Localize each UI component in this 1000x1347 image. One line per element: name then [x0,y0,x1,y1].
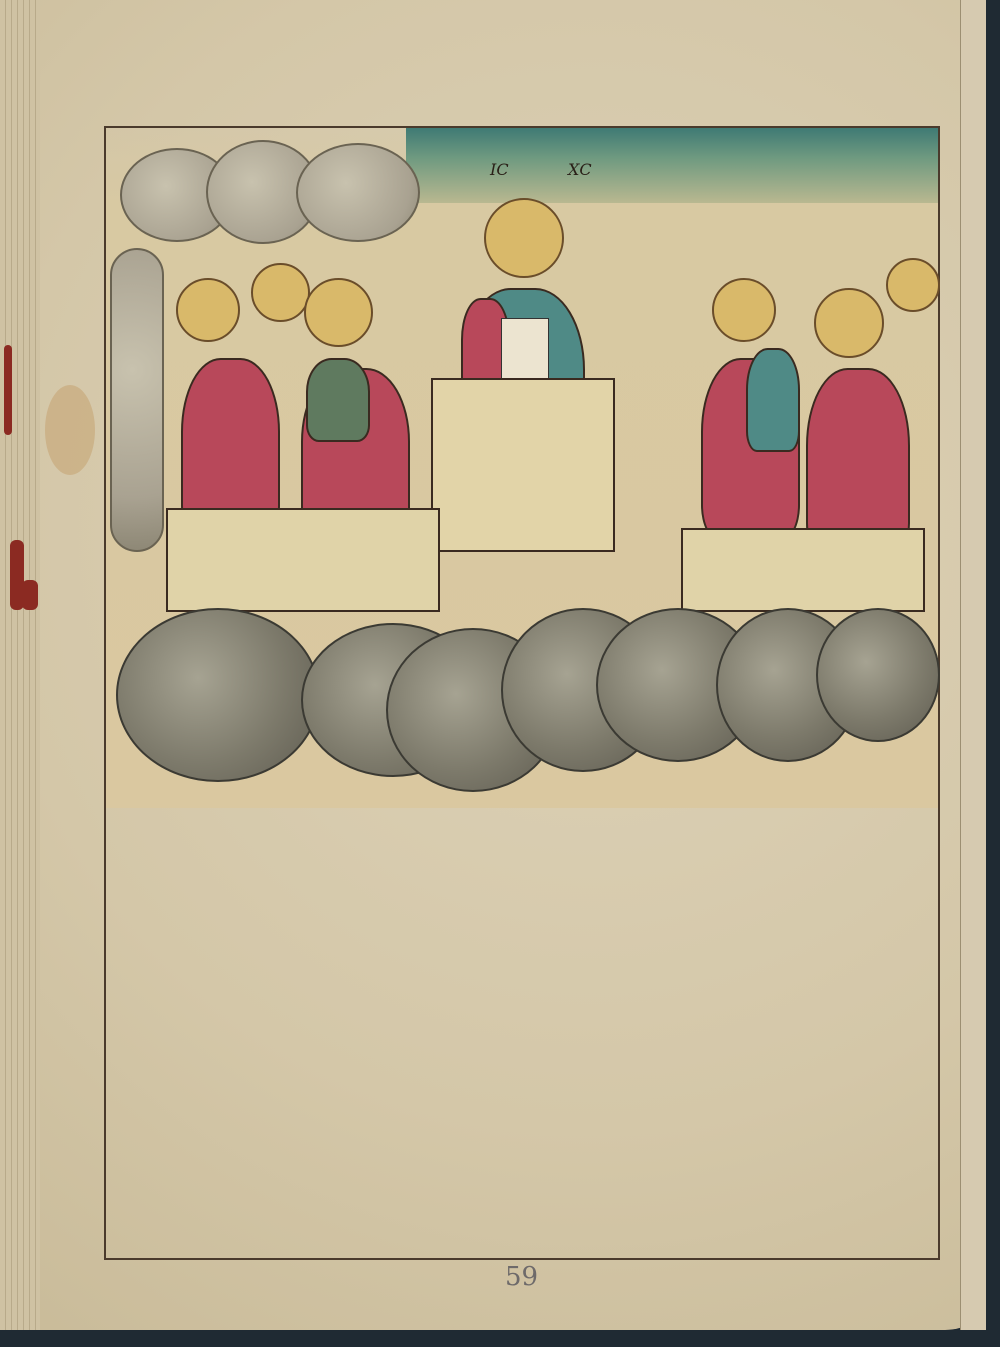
apostle-halo [176,278,240,342]
throne [431,378,615,552]
nomen-sacrum-left: ІС [490,160,509,179]
apostle-halo [712,278,776,342]
manuscript-page: ІС ХС 59 [0,0,985,1330]
apostle-halo [814,288,884,358]
apostle-halo [886,258,940,312]
apostle-garment [746,348,800,452]
cloud [110,248,164,552]
bench-left [166,508,440,612]
red-tab-mark [4,345,12,435]
page-edges [0,0,40,1330]
folio-number: 59 [505,1262,538,1292]
cloud [296,143,420,242]
red-tab-mark [22,580,38,610]
page-right-edge [960,0,986,1330]
christ-halo [484,198,564,278]
bench-right [681,528,925,612]
apostle-halo [251,263,310,322]
illumination-frame: ІС ХС [104,126,940,1260]
sky [406,128,938,203]
stain [45,385,95,475]
cloud [816,608,940,742]
apostle-garment [306,358,370,442]
nomen-sacrum-right: ХС [568,160,592,179]
cloud [116,608,320,782]
apostle-halo [304,278,373,347]
